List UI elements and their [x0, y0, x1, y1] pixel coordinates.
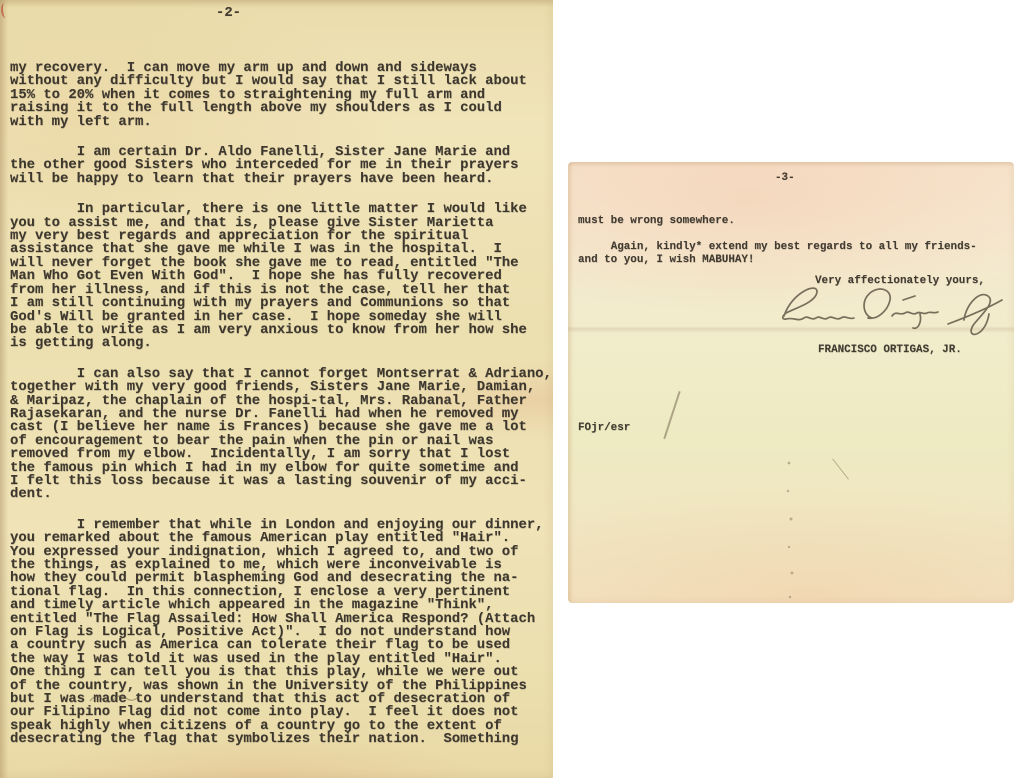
paragraph-friends-hospital: I can also say that I cannot forget Mont…: [10, 368, 558, 502]
ink-bleed-dots: [778, 457, 798, 607]
letter-page-3: -3- must be wrong somewhere. Again, kind…: [568, 162, 1014, 603]
typist-initials: FOjr/esr: [578, 422, 630, 435]
letter-page-2: -2- my recovery. I can move my arm up an…: [0, 0, 553, 778]
paragraph-certain: I am certain Dr. Aldo Fanelli, Sister Ja…: [10, 146, 558, 186]
pencil-mark: [832, 458, 849, 479]
page-number-2: -2-: [216, 5, 241, 21]
pencil-squiggle-icon: [88, 691, 140, 705]
red-pen-mark: [0, 3, 10, 19]
paragraph-sister-marietta: In particular, there is one little matte…: [10, 203, 558, 350]
page3-body: must be wrong somewhere. Again, kindly* …: [578, 215, 1008, 267]
pencil-mark: [663, 391, 680, 439]
page2-body: my recovery. I can move my arm up and do…: [10, 62, 558, 764]
paragraph-recovery: my recovery. I can move my arm up and do…: [10, 62, 558, 129]
signer-typed-name: FRANCISCO ORTIGAS, JR.: [818, 344, 962, 357]
signature-icon: [768, 280, 1008, 346]
paragraph-london-flag: I remember that while in London and enjo…: [10, 519, 558, 747]
page-number-3: -3-: [775, 172, 795, 184]
letter-scan: -2- my recovery. I can move my arm up an…: [0, 0, 1024, 778]
